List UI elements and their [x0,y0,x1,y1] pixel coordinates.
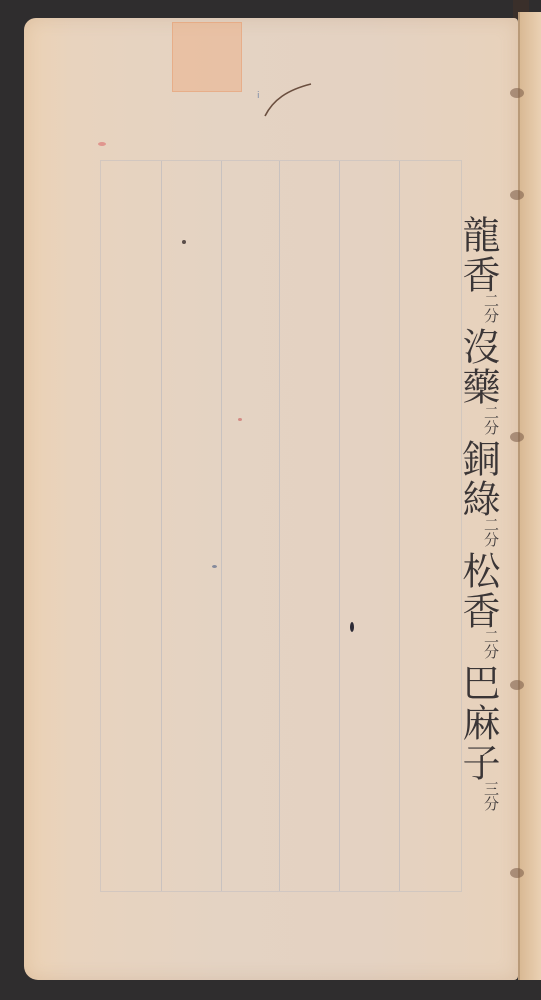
ingredient-quantity: 三分 [483,781,499,811]
ruling-line [221,161,222,891]
binding-stitch [510,88,524,98]
ruling-line [161,161,162,891]
recipe-entry: 銅綠 二分 [434,439,522,547]
recipe-entry: 龍香 二分 [434,215,522,323]
ruling-line [399,161,400,891]
recipe-entry: 沒藥 二分 [434,327,522,435]
ingredient-name: 沒藥 [456,327,500,407]
library-seal-stamp [172,22,242,92]
ingredient-name: 龍香 [456,215,500,295]
ink-speck [350,622,354,632]
ruling-line [339,161,340,891]
ingredient-quantity: 二分 [483,517,499,547]
ingredient-name: 銅綠 [456,439,500,519]
ingredient-quantity: 二分 [483,293,499,323]
ink-speck [238,418,242,421]
ruled-grid [100,160,462,892]
ingredient-quantity: 二分 [483,629,499,659]
ingredient-name: 松香 [456,551,500,631]
stamp-caption [170,88,248,96]
ink-speck [212,565,217,568]
pencil-annotation-mark: ⅰ [255,78,315,118]
recipe-entry: 巴麻子 三分 [412,663,541,811]
ruling-line [279,161,280,891]
recipe-entry: 松香 二分 [434,551,522,659]
ingredient-name: 巴麻子 [456,663,500,783]
handwritten-recipe-column: 龍香 二分 沒藥 二分 銅綠 二分 松香 二分 巴麻子 三分 [448,215,508,815]
binding-stitch [510,868,524,878]
ink-speck [98,142,106,146]
ingredient-quantity: 二分 [483,405,499,435]
svg-text:ⅰ: ⅰ [257,91,260,101]
ink-speck [182,240,186,244]
binding-stitch [510,190,524,200]
